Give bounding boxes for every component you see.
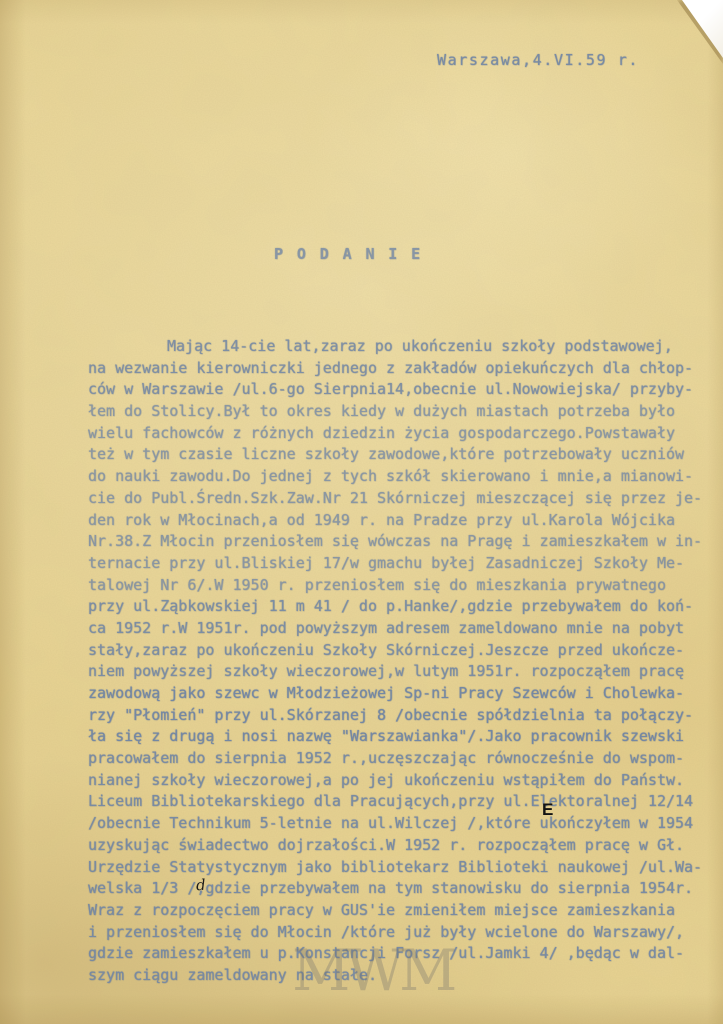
body-line: ła się z drugą i nosi nazwę "Warszawiank… (88, 726, 716, 748)
body-line: Nr.38.Z Młocin przeniosłem się wówczas n… (88, 531, 716, 553)
body-line: gdzie zamieszkałem u p.Konstancji Forsz … (88, 943, 716, 965)
body-line: łem do Stolicy.Był to okres kiedy w duży… (88, 401, 716, 423)
body-line: szym ciągu zameldowany na stałe. (88, 965, 716, 987)
body-line: wielu fachowców z różnych dziedzin życia… (88, 423, 716, 445)
body-paragraph: Mając 14-cie lat,zaraz po ukończeniu szk… (88, 336, 716, 987)
body-line: na wezwanie kierowniczki jednego z zakła… (88, 358, 716, 380)
handwritten-correction-d: d (195, 878, 206, 894)
body-line: Urzędzie Statystycznym jako bibliotekarz… (88, 857, 716, 879)
body-line: Liceum Bibliotekarskiego dla Pracujących… (88, 791, 716, 813)
body-line: ternacie przy ul.Bliskiej 17/w gmachu by… (88, 553, 716, 575)
body-line: też w tym czasie liczne szkoły zawodowe,… (88, 444, 716, 466)
body-line: stały,zaraz po ukończeniu Szkoły Skórnic… (88, 640, 716, 662)
body-line: /obecnie Technikum 5-letnie na ul.Wilcze… (88, 813, 716, 835)
body-line: zawodową jako szewc w Młodzieżowej Sp-ni… (88, 683, 716, 705)
body-line: Wraz z rozpoczęciem pracy w GUS'ie zmien… (88, 900, 716, 922)
body-line: przy ul.Ząbkowskiej 11 m 41 / do p.Hanke… (88, 596, 716, 618)
body-line: ców w Warszawie /ul.6-go Sierpnia14,obec… (88, 379, 716, 401)
scanned-document-page: Warszawa,4.VI.59 r. P O D A N I E Mając … (0, 0, 723, 1024)
body-line: rzy "Płomień" przy ul.Skórzanej 8 /obecn… (88, 705, 716, 727)
body-line: ca 1952 r.W 1951r. pod powyższym adresem… (88, 618, 716, 640)
body-line: nianej szkoły wieczorowej,a po jej ukońc… (88, 770, 716, 792)
body-line: pracowałem do sierpnia 1952 r.,uczęszcza… (88, 748, 716, 770)
body-line: den rok w Młocinach,a od 1949 r. na Prad… (88, 510, 716, 532)
body-line: do nauki zawodu.Do jednej z tych szkół s… (88, 466, 716, 488)
body-line: welska 1/3 /,gdzie przebywałem na tym st… (88, 878, 716, 900)
document-title: P O D A N I E (274, 245, 423, 263)
date-line: Warszawa,4.VI.59 r. (437, 51, 639, 69)
body-line: i przeniosłem się do Młocin /które już b… (88, 922, 716, 944)
body-line: uzyskując świadectwo dojrzałości.W 1952 … (88, 835, 716, 857)
body-line: Mając 14-cie lat,zaraz po ukończeniu szk… (88, 336, 716, 358)
body-line: niem powyższej szkoły wieczorowej,w luty… (88, 661, 716, 683)
handwritten-correction-e: E (542, 801, 553, 818)
body-line: cie do Publ.Średn.Szk.Zaw.Nr 21 Skórnicz… (88, 488, 716, 510)
body-line: talowej Nr 6/.W 1950 r. przeniosłem się … (88, 575, 716, 597)
